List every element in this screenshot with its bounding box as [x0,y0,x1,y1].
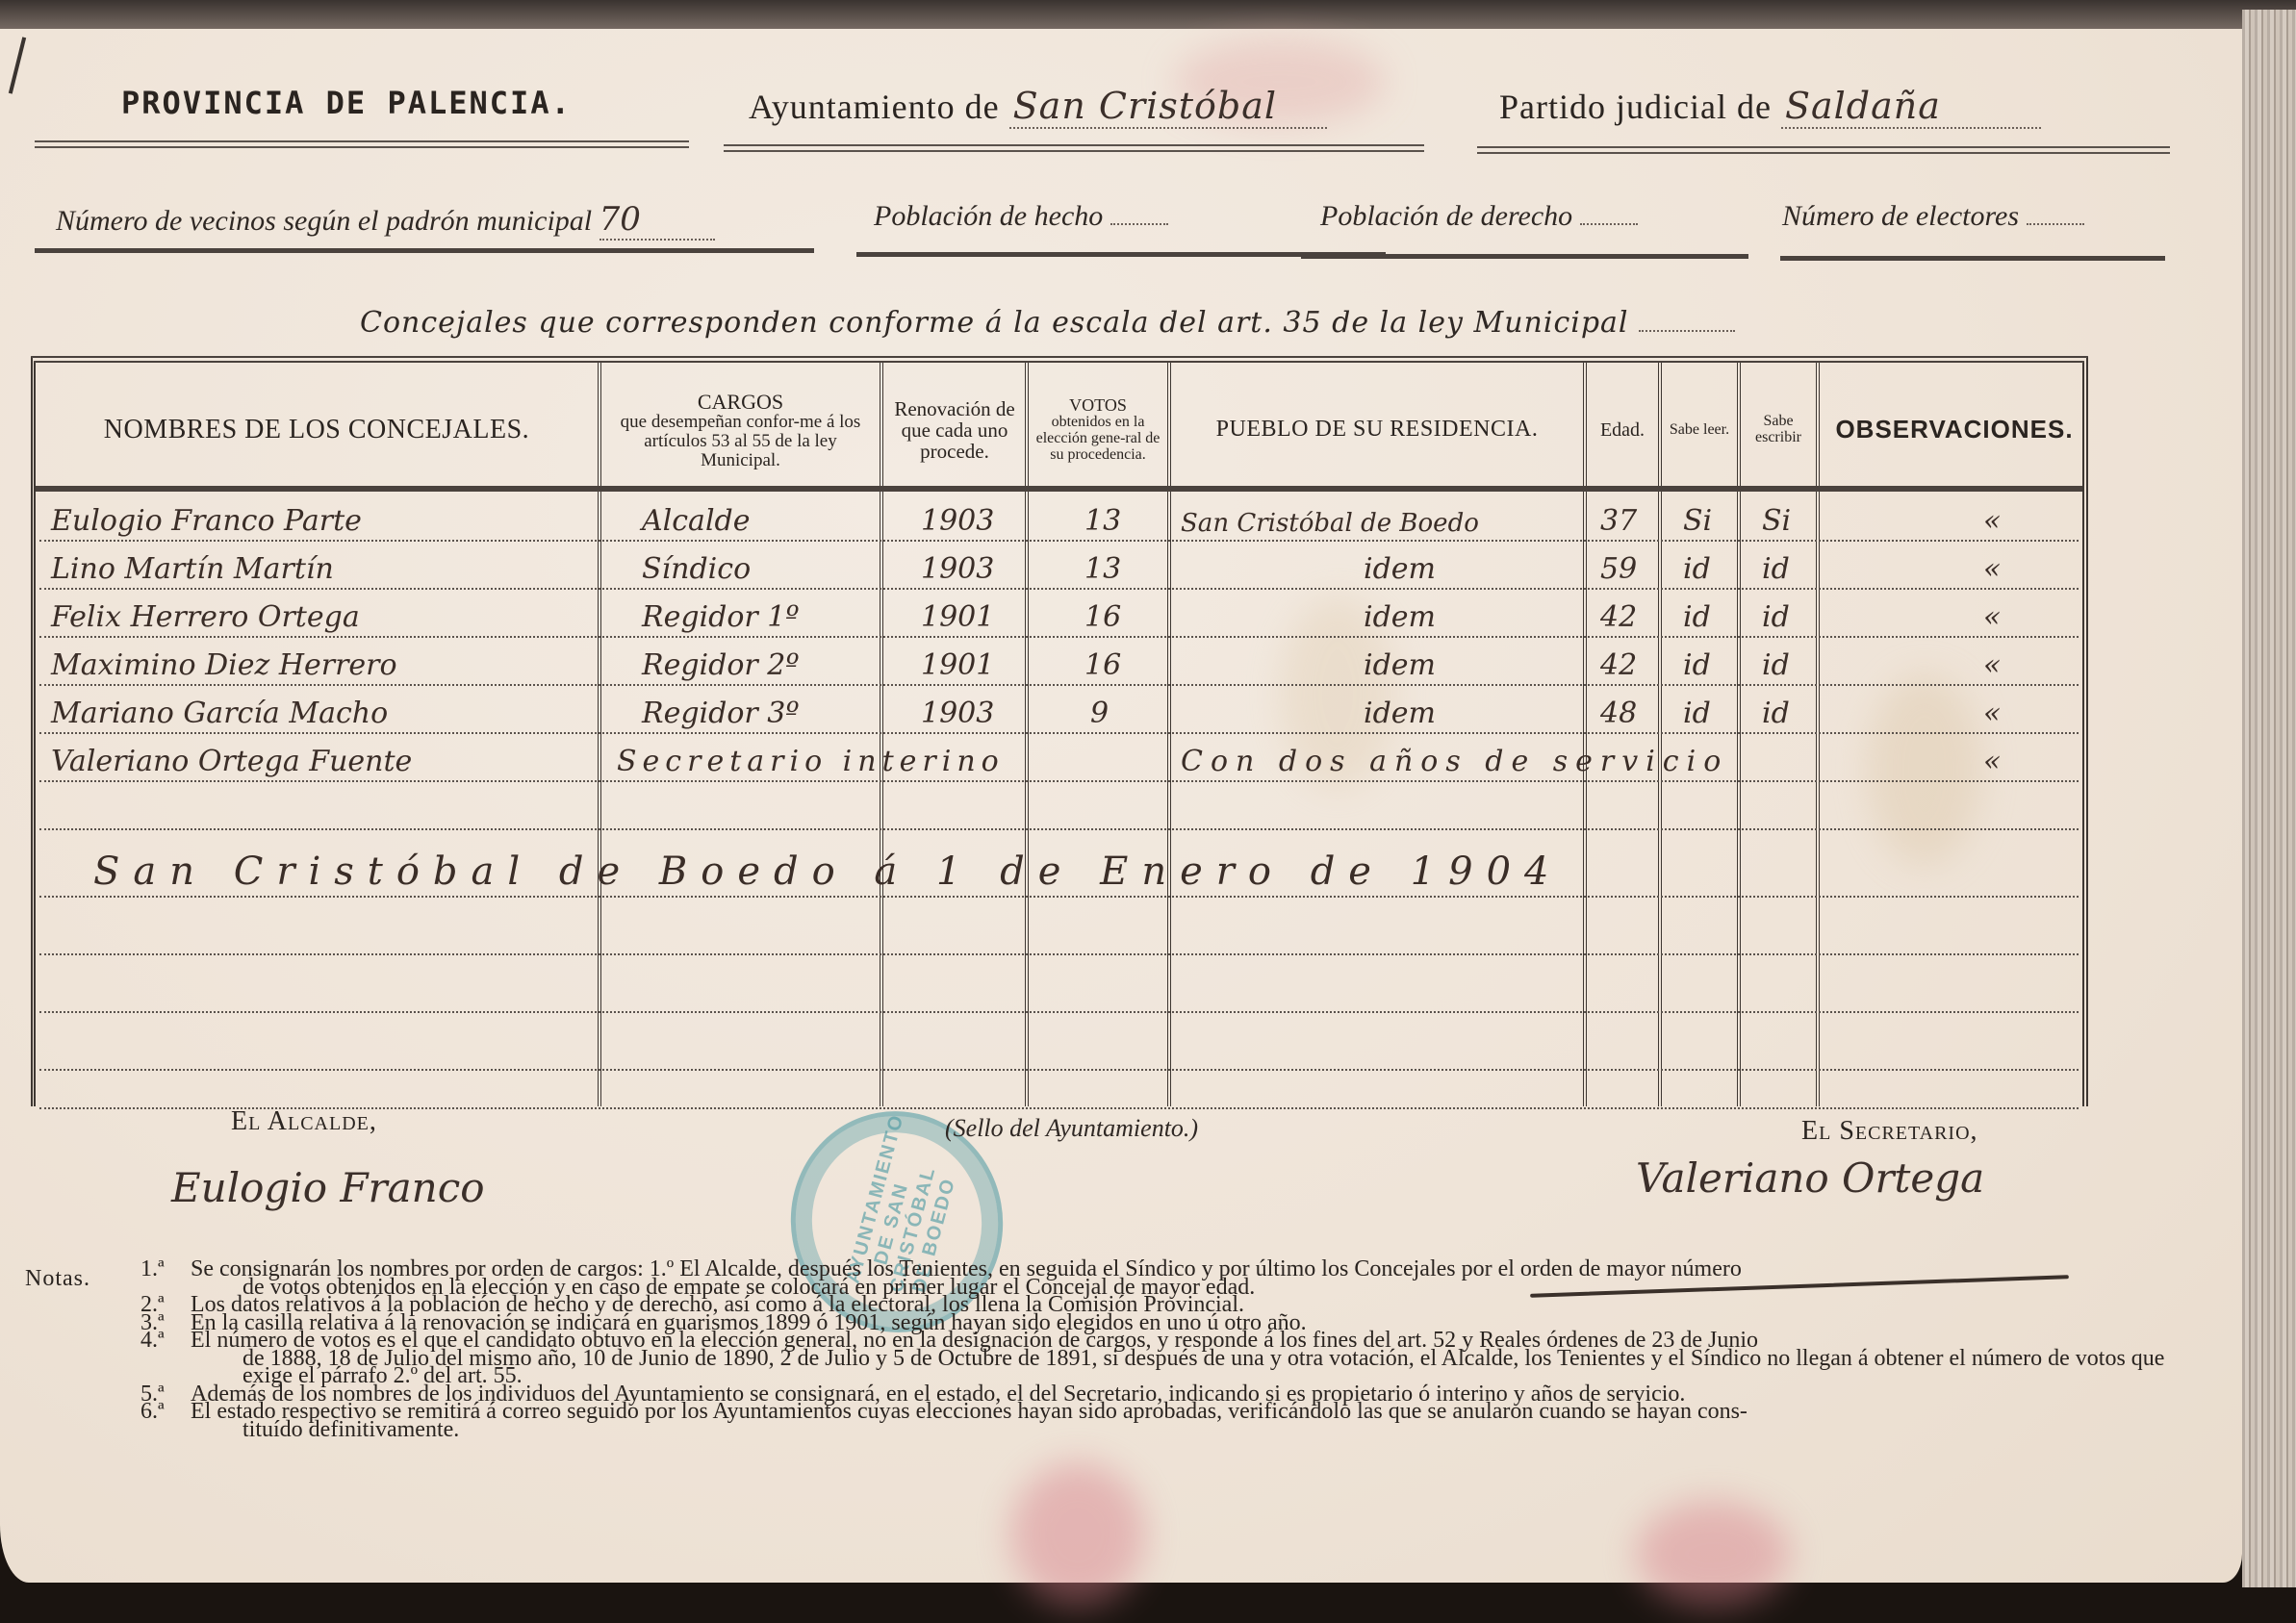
cell-pueblo: Con dos años de servicio [1181,745,1728,778]
cell-renovacion: 1901 [921,600,994,634]
header-sabe-escribir: Sabe escribir [1743,372,1814,488]
cell-cargo: Síndico [642,552,751,586]
table-row: Felix Herrero Ortega Regidor 1º 1901 16 … [36,590,2082,638]
cell-renovacion: 1901 [921,648,994,682]
note-number: 1.ª [140,1260,165,1279]
concejales-table: NOMBRES DE LOS CONCEJALES. CARGOS que de… [31,356,2088,1106]
cell-observaciones: « [1983,648,2001,682]
poblacion-hecho-label: Población de hecho [874,200,1103,232]
secretario-label: El Secretario, [1801,1116,1978,1147]
cell-votos: 13 [1084,504,1121,538]
cell-votos: 13 [1084,552,1121,586]
header-edad: Edad. [1589,372,1656,488]
cell-renovacion: 1903 [921,504,994,538]
cell-cargo: Regidor 3º [642,697,799,730]
poblacion-hecho-field: Población de hecho [874,200,1168,233]
cell-leer: id [1683,552,1711,586]
table-row-empty [36,782,2082,830]
header-sabe-leer: Sabe leer. [1664,372,1735,488]
cell-edad: 42 [1600,600,1637,634]
electores-value [2027,223,2084,225]
poblacion-derecho-value [1580,223,1638,225]
concejales-escala-text: Concejales que corresponden conforme á l… [360,306,1629,340]
partido-field: Partido judicial de Saldaña [1499,85,2041,129]
cell-nombre: Mariano García Macho [51,697,388,730]
cell-leer: id [1683,600,1711,634]
cell-renovacion: 1903 [921,697,994,730]
cell-pueblo: idem [1364,600,1436,634]
table-row-empty [36,955,2082,1013]
notas-title: Notas. [25,1266,90,1292]
header-votos-sub: obtenidos en la elección gene-ral de su … [1036,414,1161,463]
cell-renovacion: 1903 [921,552,994,586]
cell-votos: 9 [1090,697,1109,730]
electores-label: Número de electores [1782,200,2019,232]
cell-escribir: id [1762,552,1790,586]
cell-nombre: Felix Herrero Ortega [51,600,360,634]
cell-observaciones: « [1983,504,2001,538]
cell-edad: 59 [1600,552,1637,586]
divider [724,144,1424,152]
note-number: 6.ª [140,1403,165,1421]
divider [35,248,814,253]
table-row: Lino Martín Martín Síndico 1903 13 idem … [36,542,2082,590]
table-row-empty [36,898,2082,955]
cell-edad: 48 [1600,697,1637,730]
header-nombres: NOMBRES DE LOS CONCEJALES. [36,372,598,488]
date-line: San Cristóbal de Boedo á 1 de Enero de 1… [93,850,1563,894]
header-observaciones: OBSERVACIONES. [1822,372,2087,488]
cell-pueblo: San Cristóbal de Boedo [1181,509,1479,538]
ayuntamiento-field: Ayuntamiento de San Cristóbal [749,85,1327,129]
cell-nombre: Maximino Diez Herrero [51,648,397,682]
ayuntamiento-label: Ayuntamiento de [749,88,1000,126]
table-row: Valeriano Ortega Fuente Secretario inter… [36,734,2082,782]
poblacion-derecho-field: Población de derecho [1320,200,1638,233]
electores-field: Número de electores [1782,200,2084,233]
cell-leer: Si [1683,504,1712,538]
vecinos-field: Número de vecinos según el padrón munici… [56,200,715,241]
table-row-empty [36,1052,2082,1109]
header-cargos-title: CARGOS [603,391,878,413]
note-item: 6.ª El estado respectivo se remitirá á c… [140,1403,2181,1438]
header-divider [36,486,2082,492]
cell-cargo: Regidor 2º [642,648,799,682]
notes-list: 1.ª Se consignarán los nombres por orden… [140,1260,2181,1438]
header-pueblo: PUEBLO DE SU RESIDENCIA. [1173,372,1581,488]
note-continuation: de 1888, 18 de Julio del mismo año, 10 d… [191,1350,2181,1385]
cell-cargo: Secretario interino [617,745,1005,778]
cell-escribir: id [1762,648,1790,682]
divider [1780,256,2165,261]
cell-escribir: id [1762,600,1790,634]
header-votos: VOTOS obtenidos en la elección gene-ral … [1031,372,1165,488]
divider [35,140,689,148]
table-row: Maximino Diez Herrero Regidor 2º 1901 16… [36,638,2082,686]
cell-nombre: Valeriano Ortega Fuente [51,745,412,778]
cell-nombre: Lino Martín Martín [51,552,334,586]
table-row: Mariano García Macho Regidor 3º 1903 9 i… [36,686,2082,734]
header-renovacion: Renovación de que cada uno procede. [886,372,1023,488]
cell-observaciones: « [1983,600,2001,634]
cell-cargo: Regidor 1º [642,600,799,634]
alcalde-label: El Alcalde, [231,1106,377,1137]
sello-label: (Sello del Ayuntamiento.) [945,1114,1198,1143]
cell-pueblo: idem [1364,552,1436,586]
poblacion-hecho-value [1110,223,1168,225]
poblacion-derecho-label: Población de derecho [1320,200,1572,232]
cell-observaciones: « [1983,552,2001,586]
ayuntamiento-value: San Cristóbal [1009,85,1327,129]
header-cargos: CARGOS que desempeñan confor-me á los ar… [603,372,878,488]
note-number: 4.ª [140,1331,165,1350]
vecinos-label: Número de vecinos según el padrón munici… [56,205,592,237]
cell-escribir: Si [1762,504,1791,538]
divider [1477,146,2170,154]
cell-observaciones: « [1983,697,2001,730]
header-votos-title: VOTOS [1031,396,1165,415]
partido-value: Saldaña [1781,85,2041,129]
secretario-signature: Valeriano Ortega [1636,1154,1984,1202]
cell-pueblo: idem [1364,697,1436,730]
partido-label: Partido judicial de [1499,88,1772,126]
cell-pueblo: idem [1364,648,1436,682]
concejales-escala-line: Concejales que corresponden conforme á l… [360,306,1735,340]
provincia-title: PROVINCIA DE PALENCIA. [121,85,572,121]
cell-leer: id [1683,697,1711,730]
cell-edad: 37 [1600,504,1637,538]
table-row: Eulogio Franco Parte Alcalde 1903 13 San… [36,494,2082,542]
vecinos-value: 70 [600,200,715,241]
note-item: 4.ª El número de votos es el que el cand… [140,1331,2181,1385]
page-edges [2242,10,2296,1587]
concejales-escala-value [1639,330,1735,332]
cell-votos: 16 [1084,600,1121,634]
cell-escribir: id [1762,697,1790,730]
header-cargos-sub: que desempeñan confor-me á los artículos… [621,412,861,470]
alcalde-signature: Eulogio Franco [171,1164,485,1211]
cell-cargo: Alcalde [642,504,751,538]
note-item: 1.ª Se consignarán los nombres por orden… [140,1260,2181,1296]
cell-nombre: Eulogio Franco Parte [51,504,362,538]
cell-edad: 42 [1600,648,1637,682]
cell-votos: 16 [1084,648,1121,682]
table-row-date: San Cristóbal de Boedo á 1 de Enero de 1… [36,830,2082,898]
cell-leer: id [1683,648,1711,682]
cell-observaciones: « [1983,745,2001,778]
divider [1301,254,1748,259]
